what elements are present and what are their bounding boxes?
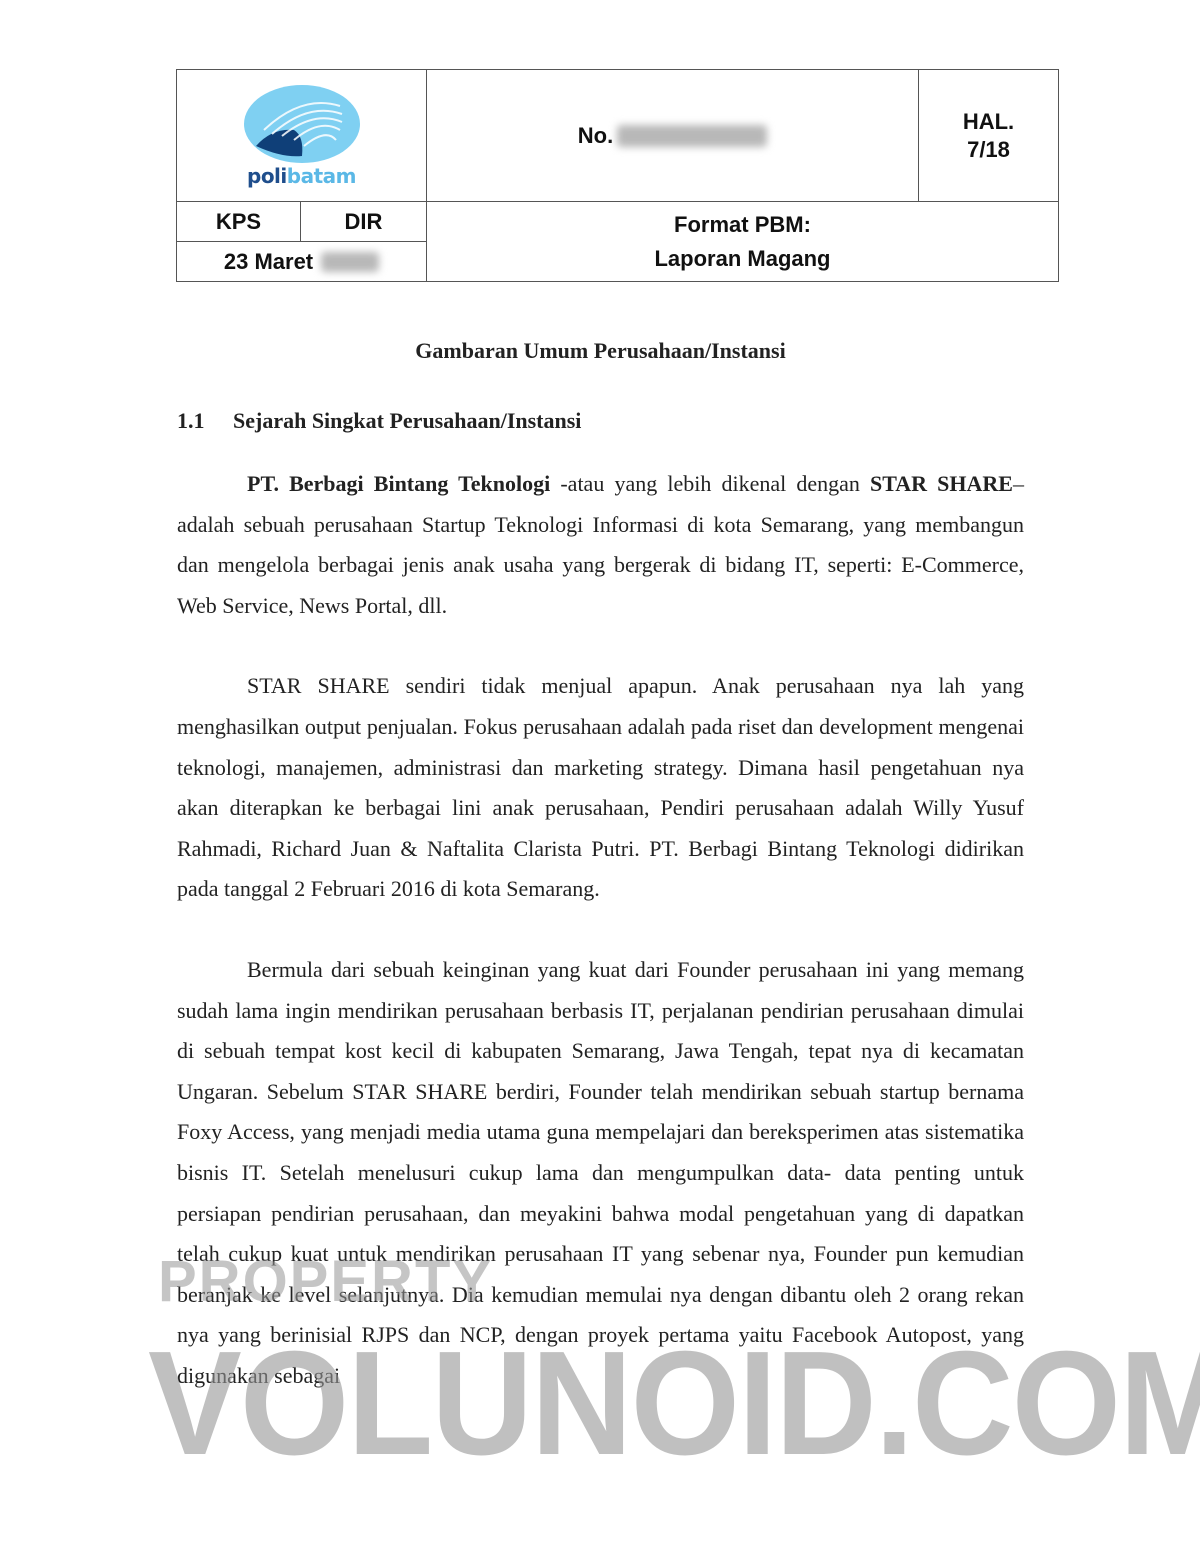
document-header-table: polibatam No. HAL. 7/18 KPS DIR 23 Maret…	[176, 69, 1059, 282]
paragraph-1: PT. Berbagi Bintang Teknologi -atau yang…	[177, 464, 1024, 626]
logo-wordmark: polibatam	[247, 164, 356, 188]
section-number: 1.1	[177, 408, 233, 434]
document-number-label: No.	[578, 123, 613, 149]
dir-cell: DIR	[301, 202, 427, 242]
redacted-number	[617, 125, 767, 147]
redacted-year	[321, 252, 379, 272]
format-label: Format PBM:	[674, 208, 811, 242]
document-body: Gambaran Umum Perusahaan/Instansi 1.1 Se…	[177, 330, 1024, 1396]
company-name: PT. Berbagi Bintang Teknologi	[247, 471, 550, 496]
page-number-cell: HAL. 7/18	[919, 70, 1058, 202]
date-cell: 23 Maret	[177, 242, 427, 281]
section-title: Sejarah Singkat Perusahaan/Instansi	[233, 408, 581, 434]
format-cell: Format PBM: Laporan Magang	[427, 202, 1058, 281]
polibatam-logo: polibatam	[242, 84, 362, 188]
paragraph-2: STAR SHARE sendiri tidak menjual apapun.…	[177, 666, 1024, 910]
p1-text-1: -atau yang lebih dikenal dengan	[550, 471, 870, 496]
section-heading: 1.1 Sejarah Singkat Perusahaan/Instansi	[177, 408, 1024, 434]
kps-cell: KPS	[177, 202, 301, 242]
page-label: HAL.	[963, 108, 1014, 136]
format-value: Laporan Magang	[654, 242, 830, 276]
document-number-cell: No.	[427, 70, 919, 202]
logo-cell: polibatam	[177, 70, 427, 202]
polibatam-logo-icon	[242, 84, 362, 166]
paragraph-3: Bermula dari sebuah keinginan yang kuat …	[177, 950, 1024, 1397]
page-value: 7/18	[967, 136, 1010, 164]
chapter-title: Gambaran Umum Perusahaan/Instansi	[177, 338, 1024, 364]
brand-name: STAR SHARE	[870, 471, 1013, 496]
date-text: 23 Maret	[224, 249, 313, 275]
